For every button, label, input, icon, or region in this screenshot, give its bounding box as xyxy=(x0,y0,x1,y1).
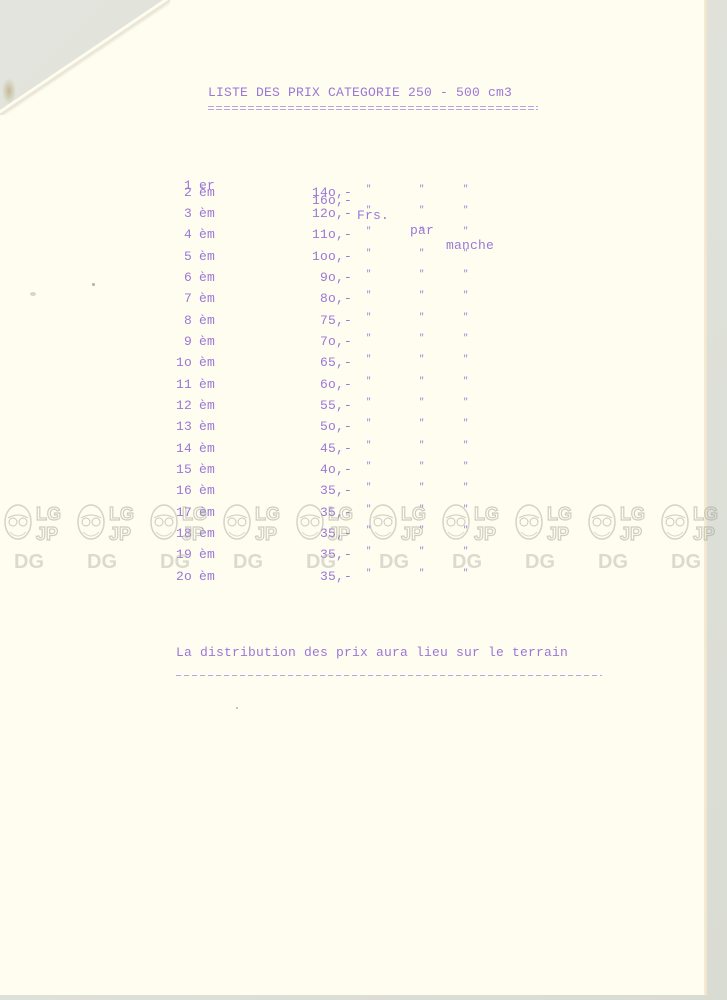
ditto-mark: " xyxy=(463,397,469,407)
ditto-mark: " xyxy=(463,482,469,492)
ditto-mark: " xyxy=(419,248,425,258)
ditto-mark: " xyxy=(419,333,425,343)
rank-label: 2oèm xyxy=(172,569,222,584)
prize-row: 18èm35,-""" xyxy=(0,526,707,547)
ditto-mark: " xyxy=(366,290,372,300)
title-underline xyxy=(208,105,538,111)
prize-amount: 12o,- xyxy=(290,206,352,221)
ditto-mark: " xyxy=(463,546,469,556)
rank-label: 4èm xyxy=(172,227,222,242)
ditto-mark: " xyxy=(463,290,469,300)
prize-amount: 35,- xyxy=(290,483,352,498)
ditto-mark: " xyxy=(366,461,372,471)
prize-row: 6èm9o,-""" xyxy=(0,270,707,291)
ditto-mark: " xyxy=(419,184,425,194)
paper-speck xyxy=(236,707,238,709)
rank-label: 13èm xyxy=(172,419,222,434)
ditto-mark: " xyxy=(419,226,425,236)
rank-label: 17èm xyxy=(172,505,222,520)
ditto-mark: " xyxy=(366,504,372,514)
ditto-mark: " xyxy=(463,184,469,194)
prize-amount: 5o,- xyxy=(290,419,352,434)
prize-row-header: 1er 16o,- Frs. par manche xyxy=(0,163,707,184)
prize-row: 7èm8o,-""" xyxy=(0,291,707,312)
rank-label: 11èm xyxy=(172,377,222,392)
prize-row: 13èm5o,-""" xyxy=(0,419,707,440)
prize-row: 1oèm65,-""" xyxy=(0,355,707,376)
rank-label: 3èm xyxy=(172,206,222,221)
prize-row: 2oèm35,-""" xyxy=(0,569,707,590)
ditto-mark: " xyxy=(419,354,425,364)
ditto-mark: " xyxy=(366,397,372,407)
ditto-mark: " xyxy=(419,205,425,215)
ditto-mark: " xyxy=(463,354,469,364)
rank-label: 9èm xyxy=(172,334,222,349)
prize-row: 3èm12o,-""" xyxy=(0,206,707,227)
ditto-mark: " xyxy=(419,546,425,556)
prize-amount: 35,- xyxy=(290,526,352,541)
ditto-mark: " xyxy=(419,312,425,322)
prize-row: 19èm35,-""" xyxy=(0,547,707,568)
prize-row: 16èm35,-""" xyxy=(0,483,707,504)
ditto-mark: " xyxy=(463,525,469,535)
ditto-mark: " xyxy=(366,184,372,194)
ditto-mark: " xyxy=(463,461,469,471)
rank-label: 15èm xyxy=(172,462,222,477)
prize-amount: 8o,- xyxy=(290,291,352,306)
ditto-mark: " xyxy=(366,440,372,450)
prize-amount: 7o,- xyxy=(290,334,352,349)
ditto-mark: " xyxy=(419,418,425,428)
ditto-mark: " xyxy=(366,525,372,535)
prize-amount: 14o,- xyxy=(290,185,352,200)
rank-label: 2èm xyxy=(172,185,222,200)
ditto-mark: " xyxy=(463,418,469,428)
prize-amount: 9o,- xyxy=(290,270,352,285)
ditto-mark: " xyxy=(419,290,425,300)
rank-label: 8èm xyxy=(172,313,222,328)
rank-label: 14èm xyxy=(172,441,222,456)
prize-amount: 75,- xyxy=(290,313,352,328)
prize-row: 9èm7o,-""" xyxy=(0,334,707,355)
ditto-mark: " xyxy=(463,568,469,578)
rank-label: 12èm xyxy=(172,398,222,413)
ditto-mark: " xyxy=(366,248,372,258)
ditto-mark: " xyxy=(419,525,425,535)
footer-note: La distribution des prix aura lieu sur l… xyxy=(176,645,568,660)
prize-row: 12èm55,-""" xyxy=(0,398,707,419)
ditto-mark: " xyxy=(366,354,372,364)
ditto-mark: " xyxy=(366,333,372,343)
ditto-mark: " xyxy=(463,226,469,236)
prize-row: 5èm1oo,-""" xyxy=(0,249,707,270)
rank-label: 16èm xyxy=(172,483,222,498)
ditto-mark: " xyxy=(463,269,469,279)
ditto-mark: " xyxy=(366,205,372,215)
ditto-mark: " xyxy=(419,440,425,450)
ditto-mark: " xyxy=(419,376,425,386)
prize-row: 17èm35,-""" xyxy=(0,505,707,526)
rank-label: 6èm xyxy=(172,270,222,285)
ditto-mark: " xyxy=(419,482,425,492)
ditto-mark: " xyxy=(419,568,425,578)
prize-row: 8èm75,-""" xyxy=(0,313,707,334)
prize-amount: 45,- xyxy=(290,441,352,456)
footer-underline xyxy=(176,675,602,676)
prize-amount: 4o,- xyxy=(290,462,352,477)
ditto-mark: " xyxy=(463,205,469,215)
page-title: LISTE DES PRIX CATEGORIE 250 - 500 cm3 xyxy=(208,85,512,100)
prize-amount: 6o,- xyxy=(290,377,352,392)
paper-stain xyxy=(2,78,16,104)
ditto-mark: " xyxy=(366,312,372,322)
prize-row: 11èm6o,-""" xyxy=(0,377,707,398)
prize-row: 2èm14o,-""" xyxy=(0,185,707,206)
prize-amount: 35,- xyxy=(290,569,352,584)
ditto-mark: " xyxy=(366,376,372,386)
rank-label: 7èm xyxy=(172,291,222,306)
ditto-mark: " xyxy=(366,482,372,492)
prize-amount: 55,- xyxy=(290,398,352,413)
prize-row: 15èm4o,-""" xyxy=(0,462,707,483)
ditto-mark: " xyxy=(419,397,425,407)
ditto-mark: " xyxy=(463,440,469,450)
ditto-mark: " xyxy=(366,226,372,236)
prize-amount: 35,- xyxy=(290,547,352,562)
prize-row: 14èm45,-""" xyxy=(0,441,707,462)
rank-label: 19èm xyxy=(172,547,222,562)
rank-label: 1oèm xyxy=(172,355,222,370)
prize-amount: 35,- xyxy=(290,505,352,520)
rank-label: 18èm xyxy=(172,526,222,541)
ditto-mark: " xyxy=(463,504,469,514)
ditto-mark: " xyxy=(366,269,372,279)
ditto-mark: " xyxy=(366,568,372,578)
ditto-mark: " xyxy=(463,333,469,343)
ditto-mark: " xyxy=(463,312,469,322)
ditto-mark: " xyxy=(366,546,372,556)
ditto-mark: " xyxy=(419,269,425,279)
ditto-mark: " xyxy=(419,461,425,471)
ditto-mark: " xyxy=(463,376,469,386)
prize-row: 4èm11o,-""" xyxy=(0,227,707,248)
ditto-mark: " xyxy=(366,418,372,428)
prize-amount: 11o,- xyxy=(290,227,352,242)
ditto-mark: " xyxy=(419,504,425,514)
prize-amount: 65,- xyxy=(290,355,352,370)
rank-label: 5èm xyxy=(172,249,222,264)
prize-amount: 1oo,- xyxy=(290,249,352,264)
ditto-mark: " xyxy=(463,248,469,258)
